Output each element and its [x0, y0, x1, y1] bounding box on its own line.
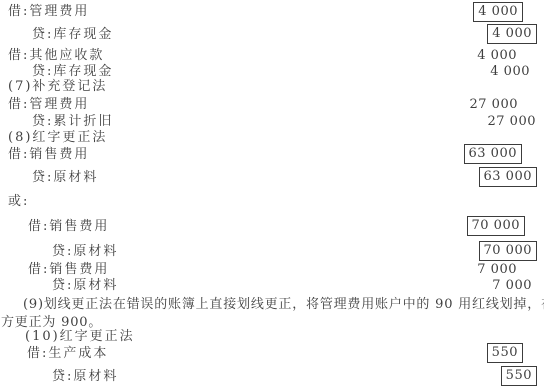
- section-heading: (7)补充登记法: [8, 79, 107, 94]
- note-paragraph-line: 方更正为 900。: [1, 315, 102, 330]
- amount-boxed: 63 000: [479, 167, 538, 187]
- amount: 27 000: [488, 114, 537, 129]
- amount-boxed: 550: [501, 366, 537, 386]
- debit-entry-label: 借:销售费用: [28, 262, 109, 277]
- amount-boxed: 4 000: [487, 24, 537, 44]
- debit-entry-label: 借:管理费用: [8, 97, 89, 112]
- debit-entry-label: 借:销售费用: [28, 219, 109, 234]
- amount: 7 000: [492, 278, 532, 293]
- amount: 27 000: [470, 97, 519, 112]
- credit-entry-label: 贷:库存现金: [32, 64, 113, 79]
- credit-entry-label: 贷:原材料: [52, 369, 118, 384]
- textbook-page: 借:管理费用 4 000 贷:库存现金 4 000 借:其他应收款 4 000 …: [0, 0, 544, 389]
- amount: 4 000: [490, 64, 530, 79]
- credit-entry-label: 贷:累计折旧: [32, 114, 113, 129]
- debit-entry-label: 借:销售费用: [8, 147, 89, 162]
- amount-boxed: 70 000: [479, 241, 538, 261]
- credit-entry-label: 贷:库存现金: [32, 27, 113, 42]
- amount-boxed: 4 000: [473, 2, 523, 22]
- amount-boxed: 70 000: [467, 216, 526, 236]
- credit-entry-label: 贷:原材料: [52, 278, 118, 293]
- amount: 7 000: [477, 262, 517, 277]
- section-heading: (8)红字更正法: [8, 130, 107, 145]
- amount-boxed: 550: [487, 343, 523, 363]
- amount: 4 000: [477, 48, 517, 63]
- debit-entry-label: 借:生产成本: [27, 346, 108, 361]
- section-heading: (10)红字更正法: [25, 329, 135, 344]
- credit-entry-label: 贷:原材料: [52, 244, 118, 259]
- debit-entry-label: 借:其他应收款: [8, 48, 104, 63]
- credit-entry-label: 贷:原材料: [32, 170, 98, 185]
- note-paragraph-line: (9)划线更正法在错误的账簿上直接划线更正，将管理费用账户中的 90 用红线划掉…: [23, 297, 544, 312]
- debit-entry-label: 借:管理费用: [8, 4, 89, 19]
- or-label: 或:: [8, 194, 29, 209]
- amount-boxed: 63 000: [464, 144, 523, 164]
